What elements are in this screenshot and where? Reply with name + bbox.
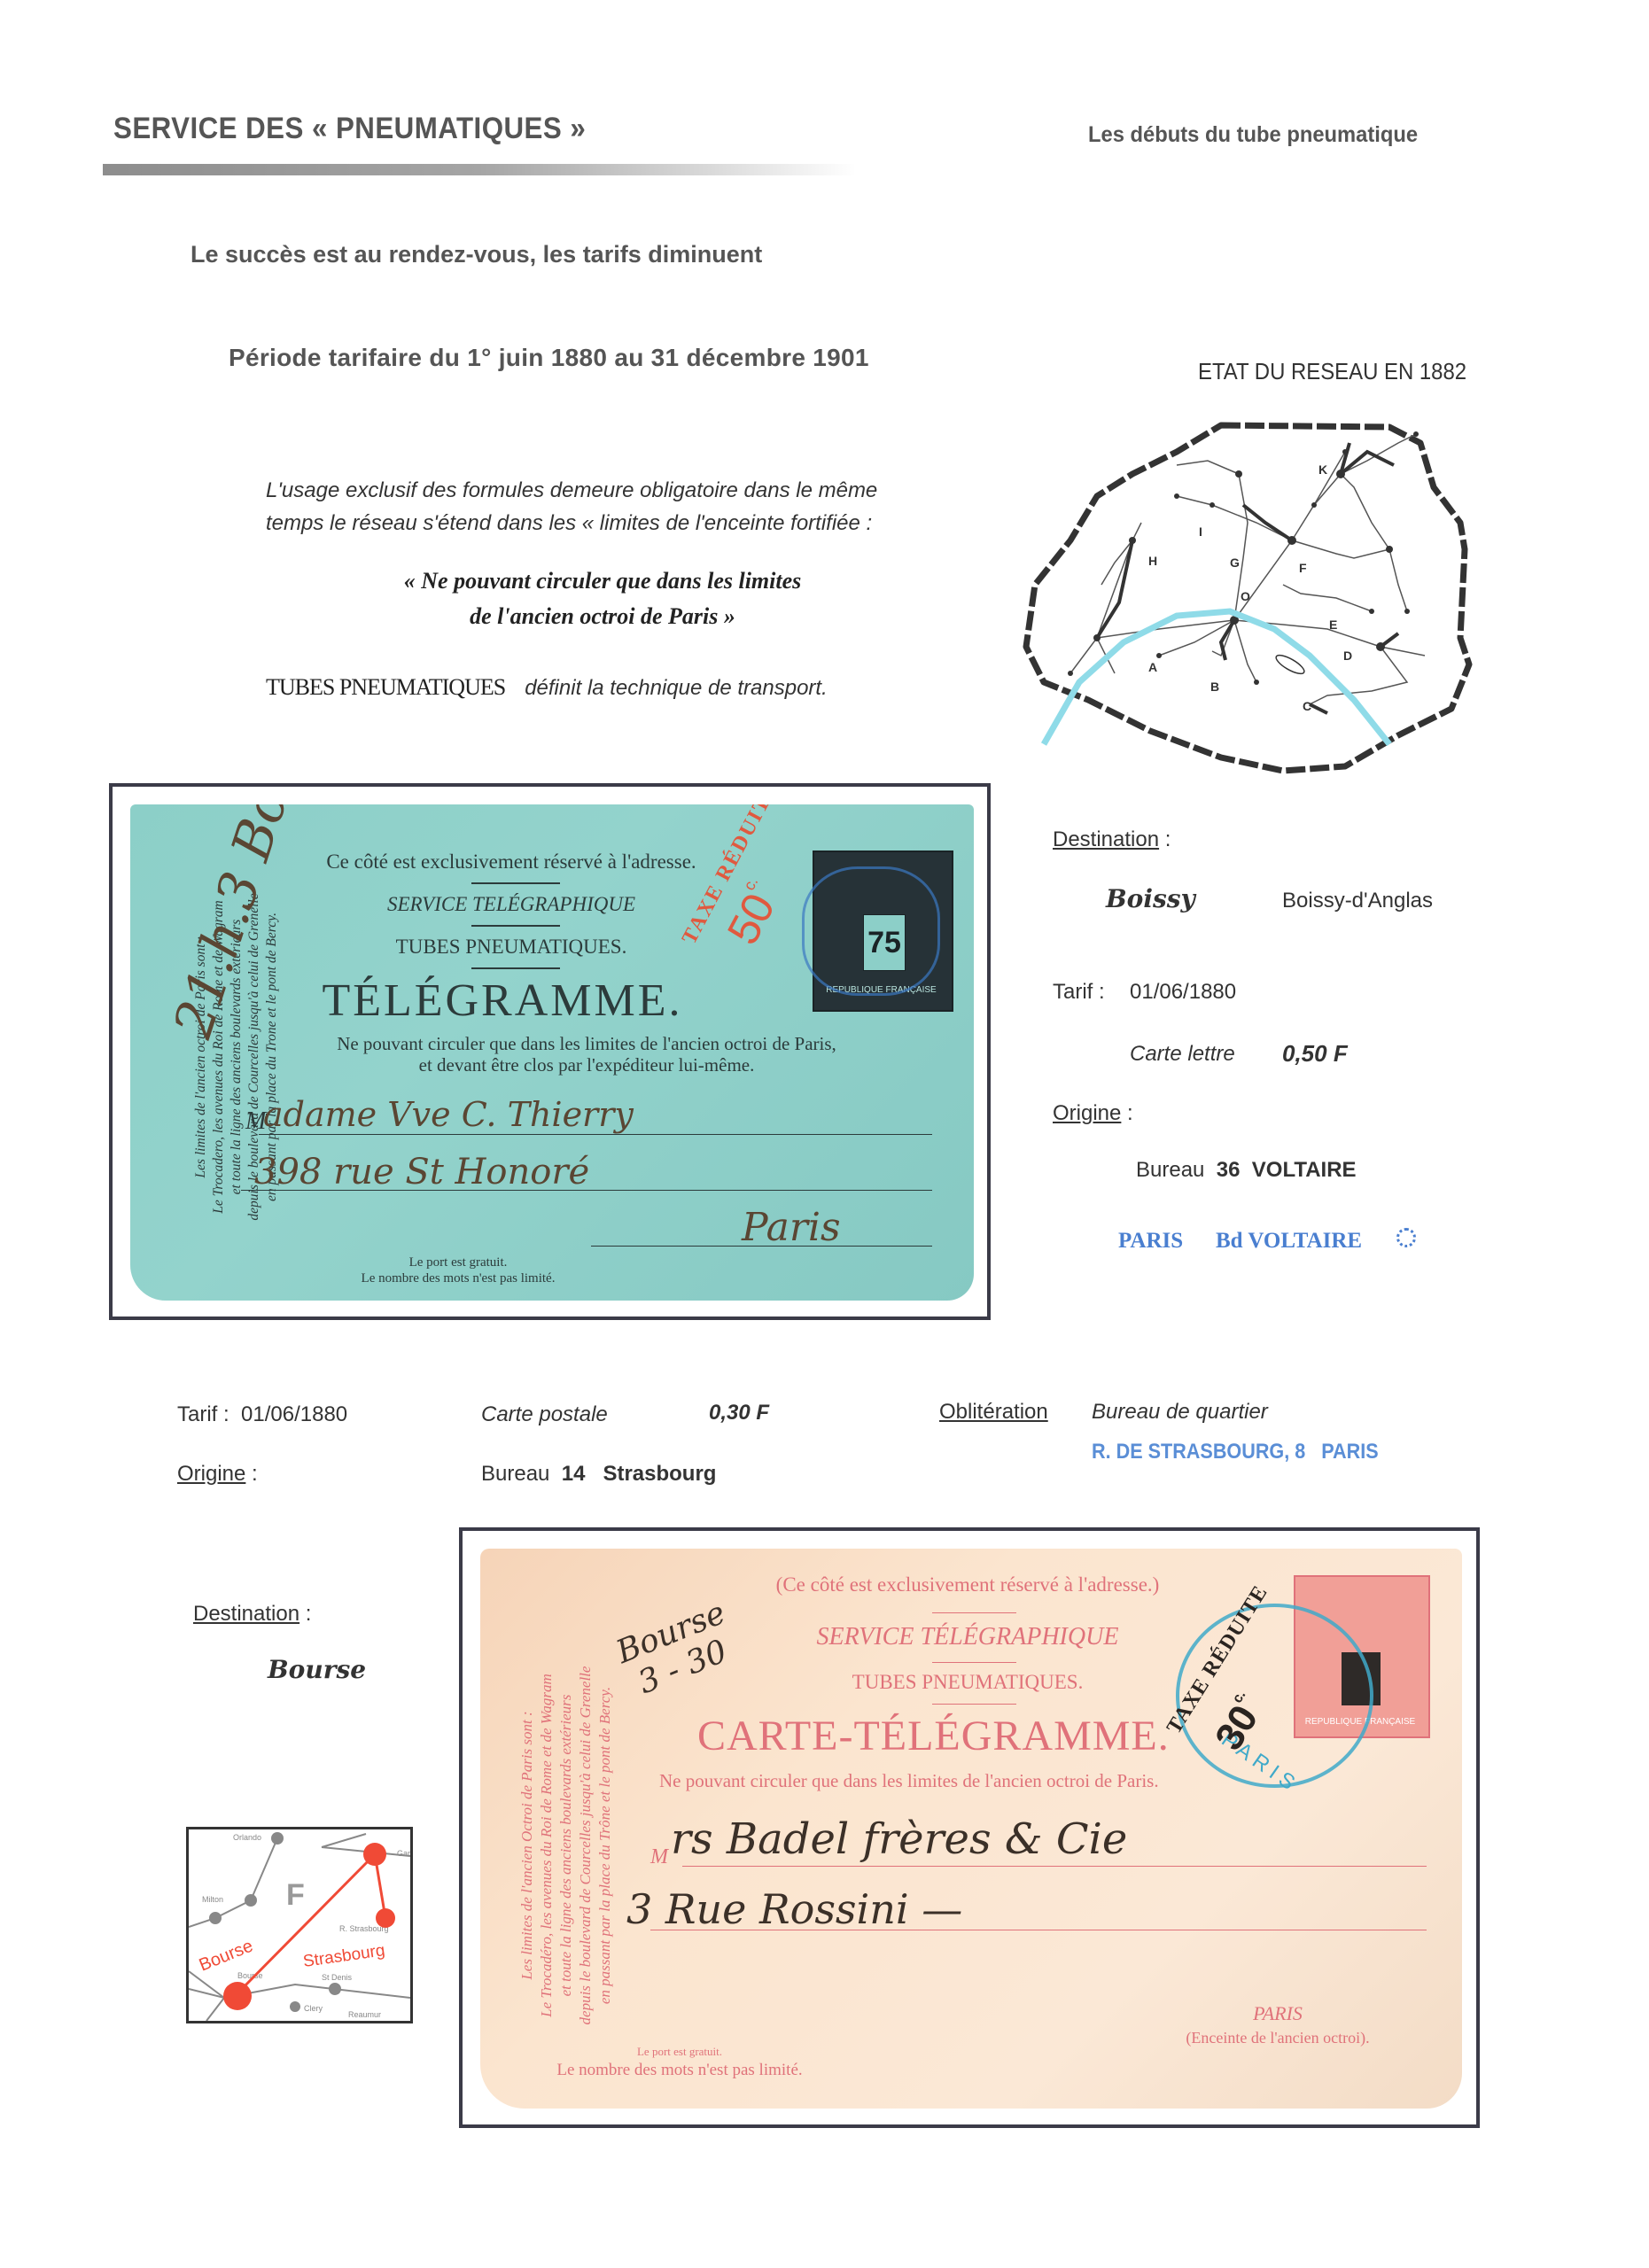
svg-text:D: D bbox=[1343, 649, 1352, 663]
svg-text:Gare: Gare bbox=[397, 1849, 410, 1858]
quote-line-2: de l'ancien octroi de Paris » bbox=[319, 599, 886, 634]
card2-rule bbox=[932, 1612, 1016, 1613]
card1-rule bbox=[471, 925, 560, 927]
svg-text:I: I bbox=[1199, 524, 1202, 539]
card1-handwritten-addressee: adame Vve C. Thierry bbox=[263, 1095, 634, 1134]
card1-footer: Le port est gratuit. Le nombre des mots … bbox=[272, 1254, 644, 1286]
card2-destination-script: Bourse bbox=[268, 1655, 366, 1684]
card1-bureau: Bureau 36 VOLTAIRE bbox=[1136, 1158, 1357, 1183]
card1-service-text: SERVICE TELÉGRAPHIQUE bbox=[263, 893, 759, 916]
svg-text:Clery: Clery bbox=[304, 2004, 323, 2013]
card1-item-type: Carte lettre bbox=[1130, 1042, 1235, 1067]
card1-price: 0,50 F bbox=[1282, 1040, 1348, 1068]
card1-destination-full: Boissy-d'Anglas bbox=[1282, 889, 1433, 913]
card2-reserved-text: (Ce côté est exclusivement réservé à l'a… bbox=[693, 1573, 1242, 1596]
card2-origine-heading: Origine : bbox=[177, 1462, 258, 1487]
page-subtitle: Les débuts du tube pneumatique bbox=[1088, 122, 1418, 148]
card1-restriction: Ne pouvant circuler que dans les limites… bbox=[237, 1033, 937, 1076]
card1-cancel-city: PARIS bbox=[1118, 1229, 1183, 1254]
svg-text:K: K bbox=[1318, 462, 1327, 477]
card2-carte-telegramme: Les limites de l'ancien Octroi de Paris … bbox=[480, 1549, 1462, 2109]
network-map-title: ETAT DU RESEAU EN 1882 bbox=[1198, 358, 1466, 385]
card1-address-line bbox=[259, 1134, 932, 1135]
svg-text:B: B bbox=[1210, 680, 1219, 694]
dotted-octagon-cancel-icon bbox=[1396, 1228, 1416, 1247]
svg-text:St Denis: St Denis bbox=[322, 1973, 353, 1982]
card2-restriction: Ne pouvant circuler que dans les limites… bbox=[659, 1770, 1159, 1792]
inset-route-map: F Orlando Milton Gare R. Strasbourg Bour… bbox=[186, 1827, 413, 2023]
card1-frame: Les limites de l'ancien octroi de Paris … bbox=[109, 783, 991, 1320]
card1-postmark-cancel bbox=[802, 866, 940, 996]
svg-text:Milton: Milton bbox=[202, 1895, 223, 1904]
card2-destination-heading: Destination : bbox=[193, 1602, 311, 1627]
card2-address-line bbox=[682, 1866, 1427, 1867]
card1-tarif-label: Tarif : bbox=[1053, 980, 1105, 1005]
card1-handwritten-city: Paris bbox=[742, 1205, 841, 1250]
card1-title: TÉLÉGRAMME. bbox=[254, 975, 751, 1027]
svg-text:Bourse: Bourse bbox=[197, 1936, 256, 1975]
card1-handwritten-street: 398 rue St Honoré bbox=[254, 1152, 589, 1192]
card2-city: PARIS bbox=[1163, 2002, 1393, 2025]
card2-bureau: Bureau 14 Strasbourg bbox=[481, 1462, 716, 1487]
intro-line-2: temps le réseau s'étend dans les « limit… bbox=[266, 507, 992, 540]
card2-frame: Les limites de l'ancien Octroi de Paris … bbox=[459, 1527, 1480, 2128]
card1-rule bbox=[471, 967, 560, 969]
quote-block: « Ne pouvant circuler que dans les limit… bbox=[319, 563, 886, 634]
card1-destination-heading: Destination : bbox=[1053, 827, 1171, 852]
svg-text:Reaumur: Reaumur bbox=[348, 2010, 381, 2019]
header-divider bbox=[103, 164, 856, 175]
card1-reserved-text: Ce côté est exclusivement réservé à l'ad… bbox=[263, 850, 759, 874]
card1-telegramme: Les limites de l'ancien octroi de Paris … bbox=[130, 804, 974, 1301]
card2-obliteration-text: R. DE STRASBOURG, 8 PARIS bbox=[1092, 1440, 1379, 1464]
network-map: KIGF HOED ABC bbox=[1017, 408, 1487, 780]
card1-rule bbox=[471, 882, 560, 884]
tubes-definition-text: définit la technique de transport. bbox=[525, 676, 828, 700]
card2-obliteration-label: Oblitération bbox=[939, 1400, 1048, 1425]
card2-words-unlimited: Le nombre des mots n'est pas limité. bbox=[516, 2061, 844, 2080]
card1-destination-script: Boissy bbox=[1106, 884, 1195, 913]
svg-text:H: H bbox=[1148, 554, 1157, 568]
card2-side-text: Les limites de l'ancien Octroi de Paris … bbox=[517, 1611, 615, 2080]
card1-tarif-date: 01/06/1880 bbox=[1130, 980, 1236, 1005]
card2-tubes-text: TUBES PNEUMATIQUES. bbox=[693, 1671, 1242, 1694]
card2-obliteration-type: Bureau de quartier bbox=[1092, 1400, 1268, 1425]
card2-tarif: Tarif : 01/06/1880 bbox=[177, 1402, 347, 1427]
svg-text:Orlando: Orlando bbox=[233, 1833, 261, 1842]
card2-item-type: Carte postale bbox=[481, 1402, 608, 1427]
tariff-period: Période tarifaire du 1° juin 1880 au 31 … bbox=[229, 344, 869, 372]
bourse-strasbourg-route-graphic: F Orlando Milton Gare R. Strasbourg Bour… bbox=[189, 1829, 410, 2021]
card1-cancel-place: Bd VOLTAIRE bbox=[1216, 1229, 1362, 1254]
svg-text:Strasbourg: Strasbourg bbox=[302, 1941, 386, 1971]
card2-price: 0,30 F bbox=[709, 1401, 769, 1425]
svg-text:F: F bbox=[1299, 561, 1307, 575]
card2-addressee-prefix: M bbox=[650, 1845, 668, 1869]
paris-network-map-graphic: KIGF HOED ABC bbox=[1017, 408, 1487, 780]
card2-handwritten-addressee: rs Badel frères & Cie bbox=[671, 1814, 1127, 1864]
tubes-definition: TUBES PNEUMATIQUESdéfinit la technique d… bbox=[266, 673, 828, 701]
svg-text:C: C bbox=[1303, 699, 1311, 713]
card2-rule bbox=[932, 1704, 1016, 1705]
svg-text:F: F bbox=[286, 1878, 305, 1912]
section-lead: Le succès est au rendez-vous, les tarifs… bbox=[191, 241, 762, 268]
svg-text:O: O bbox=[1241, 589, 1250, 603]
intro-paragraph: L'usage exclusif des formules demeure ob… bbox=[266, 474, 992, 540]
svg-text:A: A bbox=[1148, 660, 1157, 674]
card2-service-text: SERVICE TÉLÉGRAPHIQUE bbox=[693, 1623, 1242, 1651]
intro-line-1: L'usage exclusif des formules demeure ob… bbox=[266, 474, 992, 507]
svg-text:E: E bbox=[1329, 617, 1337, 632]
card2-handwritten-street: 3 Rue Rossini — bbox=[626, 1885, 962, 1933]
tubes-label: TUBES PNEUMATIQUES bbox=[266, 674, 505, 700]
card2-city-note: (Enceinte de l'ancien octroi). bbox=[1118, 2029, 1437, 2047]
quote-line-1: « Ne pouvant circuler que dans les limit… bbox=[319, 563, 886, 599]
card2-port-free: Le port est gratuit. bbox=[533, 2045, 826, 2059]
card2-title: CARTE-TÉLÉGRAMME. bbox=[697, 1712, 1170, 1760]
card2-rule bbox=[932, 1662, 1016, 1663]
page-title: SERVICE DES « PNEUMATIQUES » bbox=[113, 112, 586, 146]
svg-text:G: G bbox=[1230, 555, 1240, 570]
card1-origine-heading: Origine : bbox=[1053, 1101, 1133, 1126]
